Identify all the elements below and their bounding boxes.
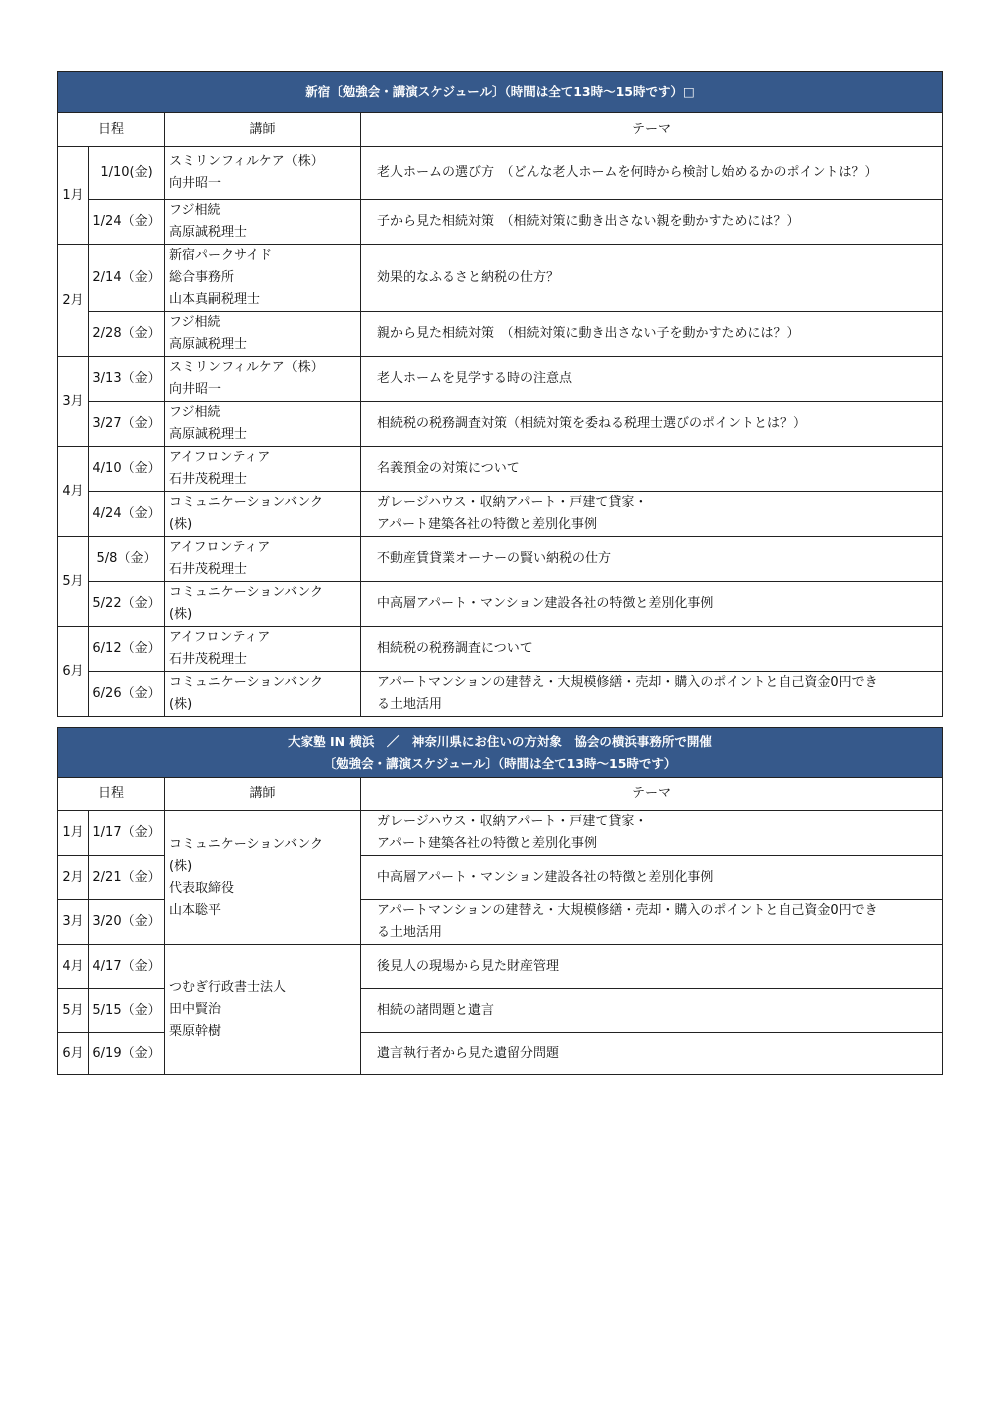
table-row: 3月 3/13（金） スミリンフィルケア（株）向井昭一 老人ホームを見学する時の…: [58, 357, 943, 402]
date-cell: 1/17（金）: [89, 811, 165, 856]
teacher-cell: 新宿パークサイド総合事務所山本真嗣税理士: [165, 245, 361, 312]
theme-cell: 相続の諸問題と遺言: [361, 989, 943, 1033]
teacher-cell: スミリンフィルケア（株）向井昭一: [165, 147, 361, 200]
theme-cell: アパートマンションの建替え・大規模修繕・売却・購入のポイントと自己資金0円できる…: [361, 672, 943, 717]
table-row: 5/22（金） コミュニケーションバンク(株) 中高層アパート・マンション建設各…: [58, 582, 943, 627]
date-cell: 6/26（金）: [89, 672, 165, 717]
header-theme: テーマ: [361, 113, 943, 147]
theme-cell: アパートマンションの建替え・大規模修繕・売却・購入のポイントと自己資金0円できる…: [361, 900, 943, 945]
month-cell: 3月: [58, 900, 89, 945]
month-cell: 6月: [58, 627, 89, 717]
header-theme: テーマ: [361, 778, 943, 811]
month-cell: 4月: [58, 945, 89, 989]
teacher-cell: フジ相続高原誠税理士: [165, 200, 361, 245]
table-row: 6/26（金） コミュニケーションバンク(株) アパートマンションの建替え・大規…: [58, 672, 943, 717]
date-cell: 5/15（金）: [89, 989, 165, 1033]
table-title: 大家塾 IN 横浜 ／ 神奈川県にお住いの方対象 協会の横浜事務所で開催 〔勉強…: [58, 728, 943, 778]
title-line-1: 大家塾 IN 横浜 ／ 神奈川県にお住いの方対象 協会の横浜事務所で開催: [62, 731, 938, 753]
date-cell: 6/19（金）: [89, 1033, 165, 1075]
date-cell: 6/12（金）: [89, 627, 165, 672]
title-line-2: 〔勉強会・講演スケジュール〕（時間は全て13時〜15時です）: [62, 753, 938, 775]
table-row: 1月 1/10(金) スミリンフィルケア（株）向井昭一 老人ホームの選び方 （ど…: [58, 147, 943, 200]
teacher-cell: フジ相続高原誠税理士: [165, 402, 361, 447]
theme-cell: 老人ホームの選び方 （どんな老人ホームを何時から検討し始めるかのポイントは？）: [361, 147, 943, 200]
header-date: 日程: [58, 113, 165, 147]
date-cell: 1/10(金): [89, 147, 165, 200]
theme-cell: 相続税の税務調査について: [361, 627, 943, 672]
date-cell: 2/21（金）: [89, 856, 165, 900]
teacher-cell: フジ相続高原誠税理士: [165, 312, 361, 357]
theme-cell: 老人ホームを見学する時の注意点: [361, 357, 943, 402]
theme-cell: 親から見た相続対策 （相続対策に動き出さない子を動かすためには？）: [361, 312, 943, 357]
header-teacher: 講師: [165, 113, 361, 147]
yokohama-schedule-table: 大家塾 IN 横浜 ／ 神奈川県にお住いの方対象 協会の横浜事務所で開催 〔勉強…: [57, 727, 943, 1075]
theme-cell: 中高層アパート・マンション建設各社の特徴と差別化事例: [361, 582, 943, 627]
theme-cell: 後見人の現場から見た財産管理: [361, 945, 943, 989]
month-cell: 1月: [58, 147, 89, 245]
teacher-cell: アイフロンティア石井茂税理士: [165, 627, 361, 672]
date-cell: 5/22（金）: [89, 582, 165, 627]
table-row: 1月 1/17（金） コミュニケーションバンク(株)代表取締役山本聡平 ガレージ…: [58, 811, 943, 856]
date-cell: 3/20（金）: [89, 900, 165, 945]
theme-cell: ガレージハウス・収納アパート・戸建て貸家・アパート建築各社の特徴と差別化事例: [361, 492, 943, 537]
month-cell: 1月: [58, 811, 89, 856]
date-cell: 4/24（金）: [89, 492, 165, 537]
table-title: 新宿〔勉強会・講演スケジュール〕（時間は全て13時〜15時です）□: [58, 72, 943, 113]
table-row: 3/27（金） フジ相続高原誠税理士 相続税の税務調査対策（相続対策を委ねる税理…: [58, 402, 943, 447]
teacher-cell: つむぎ行政書士法人田中賢治栗原幹樹: [165, 945, 361, 1075]
table-row: 1/24（金） フジ相続高原誠税理士 子から見た相続対策 （相続対策に動き出さな…: [58, 200, 943, 245]
month-cell: 2月: [58, 245, 89, 357]
date-cell: 2/28（金）: [89, 312, 165, 357]
month-cell: 2月: [58, 856, 89, 900]
theme-cell: 中高層アパート・マンション建設各社の特徴と差別化事例: [361, 856, 943, 900]
date-cell: 3/13（金）: [89, 357, 165, 402]
table-row: 4月 4/10（金） アイフロンティア石井茂税理士 名義預金の対策について: [58, 447, 943, 492]
header-date: 日程: [58, 778, 165, 811]
month-cell: 3月: [58, 357, 89, 447]
month-cell: 4月: [58, 447, 89, 537]
teacher-cell: コミュニケーションバンク(株): [165, 672, 361, 717]
date-cell: 4/17（金）: [89, 945, 165, 989]
table-row: 2/28（金） フジ相続高原誠税理士 親から見た相続対策 （相続対策に動き出さな…: [58, 312, 943, 357]
date-cell: 5/8（金）: [89, 537, 165, 582]
month-cell: 5月: [58, 989, 89, 1033]
theme-cell: 子から見た相続対策 （相続対策に動き出さない親を動かすためには？）: [361, 200, 943, 245]
teacher-cell: アイフロンティア石井茂税理士: [165, 447, 361, 492]
teacher-cell: コミュニケーションバンク(株): [165, 582, 361, 627]
table-row: 6月 6/12（金） アイフロンティア石井茂税理士 相続税の税務調査について: [58, 627, 943, 672]
shinjuku-schedule-table: 新宿〔勉強会・講演スケジュール〕（時間は全て13時〜15時です）□ 日程 講師 …: [57, 71, 943, 717]
date-cell: 3/27（金）: [89, 402, 165, 447]
teacher-cell: アイフロンティア石井茂税理士: [165, 537, 361, 582]
table-row: 2月 2/14（金） 新宿パークサイド総合事務所山本真嗣税理士 効果的なふるさと…: [58, 245, 943, 312]
theme-cell: 遺言執行者から見た遺留分問題: [361, 1033, 943, 1075]
month-cell: 5月: [58, 537, 89, 627]
teacher-cell: コミュニケーションバンク(株): [165, 492, 361, 537]
month-cell: 6月: [58, 1033, 89, 1075]
date-cell: 2/14（金）: [89, 245, 165, 312]
theme-cell: 名義預金の対策について: [361, 447, 943, 492]
teacher-cell: コミュニケーションバンク(株)代表取締役山本聡平: [165, 811, 361, 945]
header-teacher: 講師: [165, 778, 361, 811]
date-cell: 4/10（金）: [89, 447, 165, 492]
table-row: 4/24（金） コミュニケーションバンク(株) ガレージハウス・収納アパート・戸…: [58, 492, 943, 537]
theme-cell: 不動産賃貸業オーナーの賢い納税の仕方: [361, 537, 943, 582]
teacher-cell: スミリンフィルケア（株）向井昭一: [165, 357, 361, 402]
theme-cell: ガレージハウス・収納アパート・戸建て貸家・アパート建築各社の特徴と差別化事例: [361, 811, 943, 856]
table-row: 5月 5/8（金） アイフロンティア石井茂税理士 不動産賃貸業オーナーの賢い納税…: [58, 537, 943, 582]
theme-cell: 相続税の税務調査対策（相続対策を委ねる税理士選びのポイントとは？）: [361, 402, 943, 447]
theme-cell: 効果的なふるさと納税の仕方？: [361, 245, 943, 312]
date-cell: 1/24（金）: [89, 200, 165, 245]
table-row: 4月 4/17（金） つむぎ行政書士法人田中賢治栗原幹樹 後見人の現場から見た財…: [58, 945, 943, 989]
